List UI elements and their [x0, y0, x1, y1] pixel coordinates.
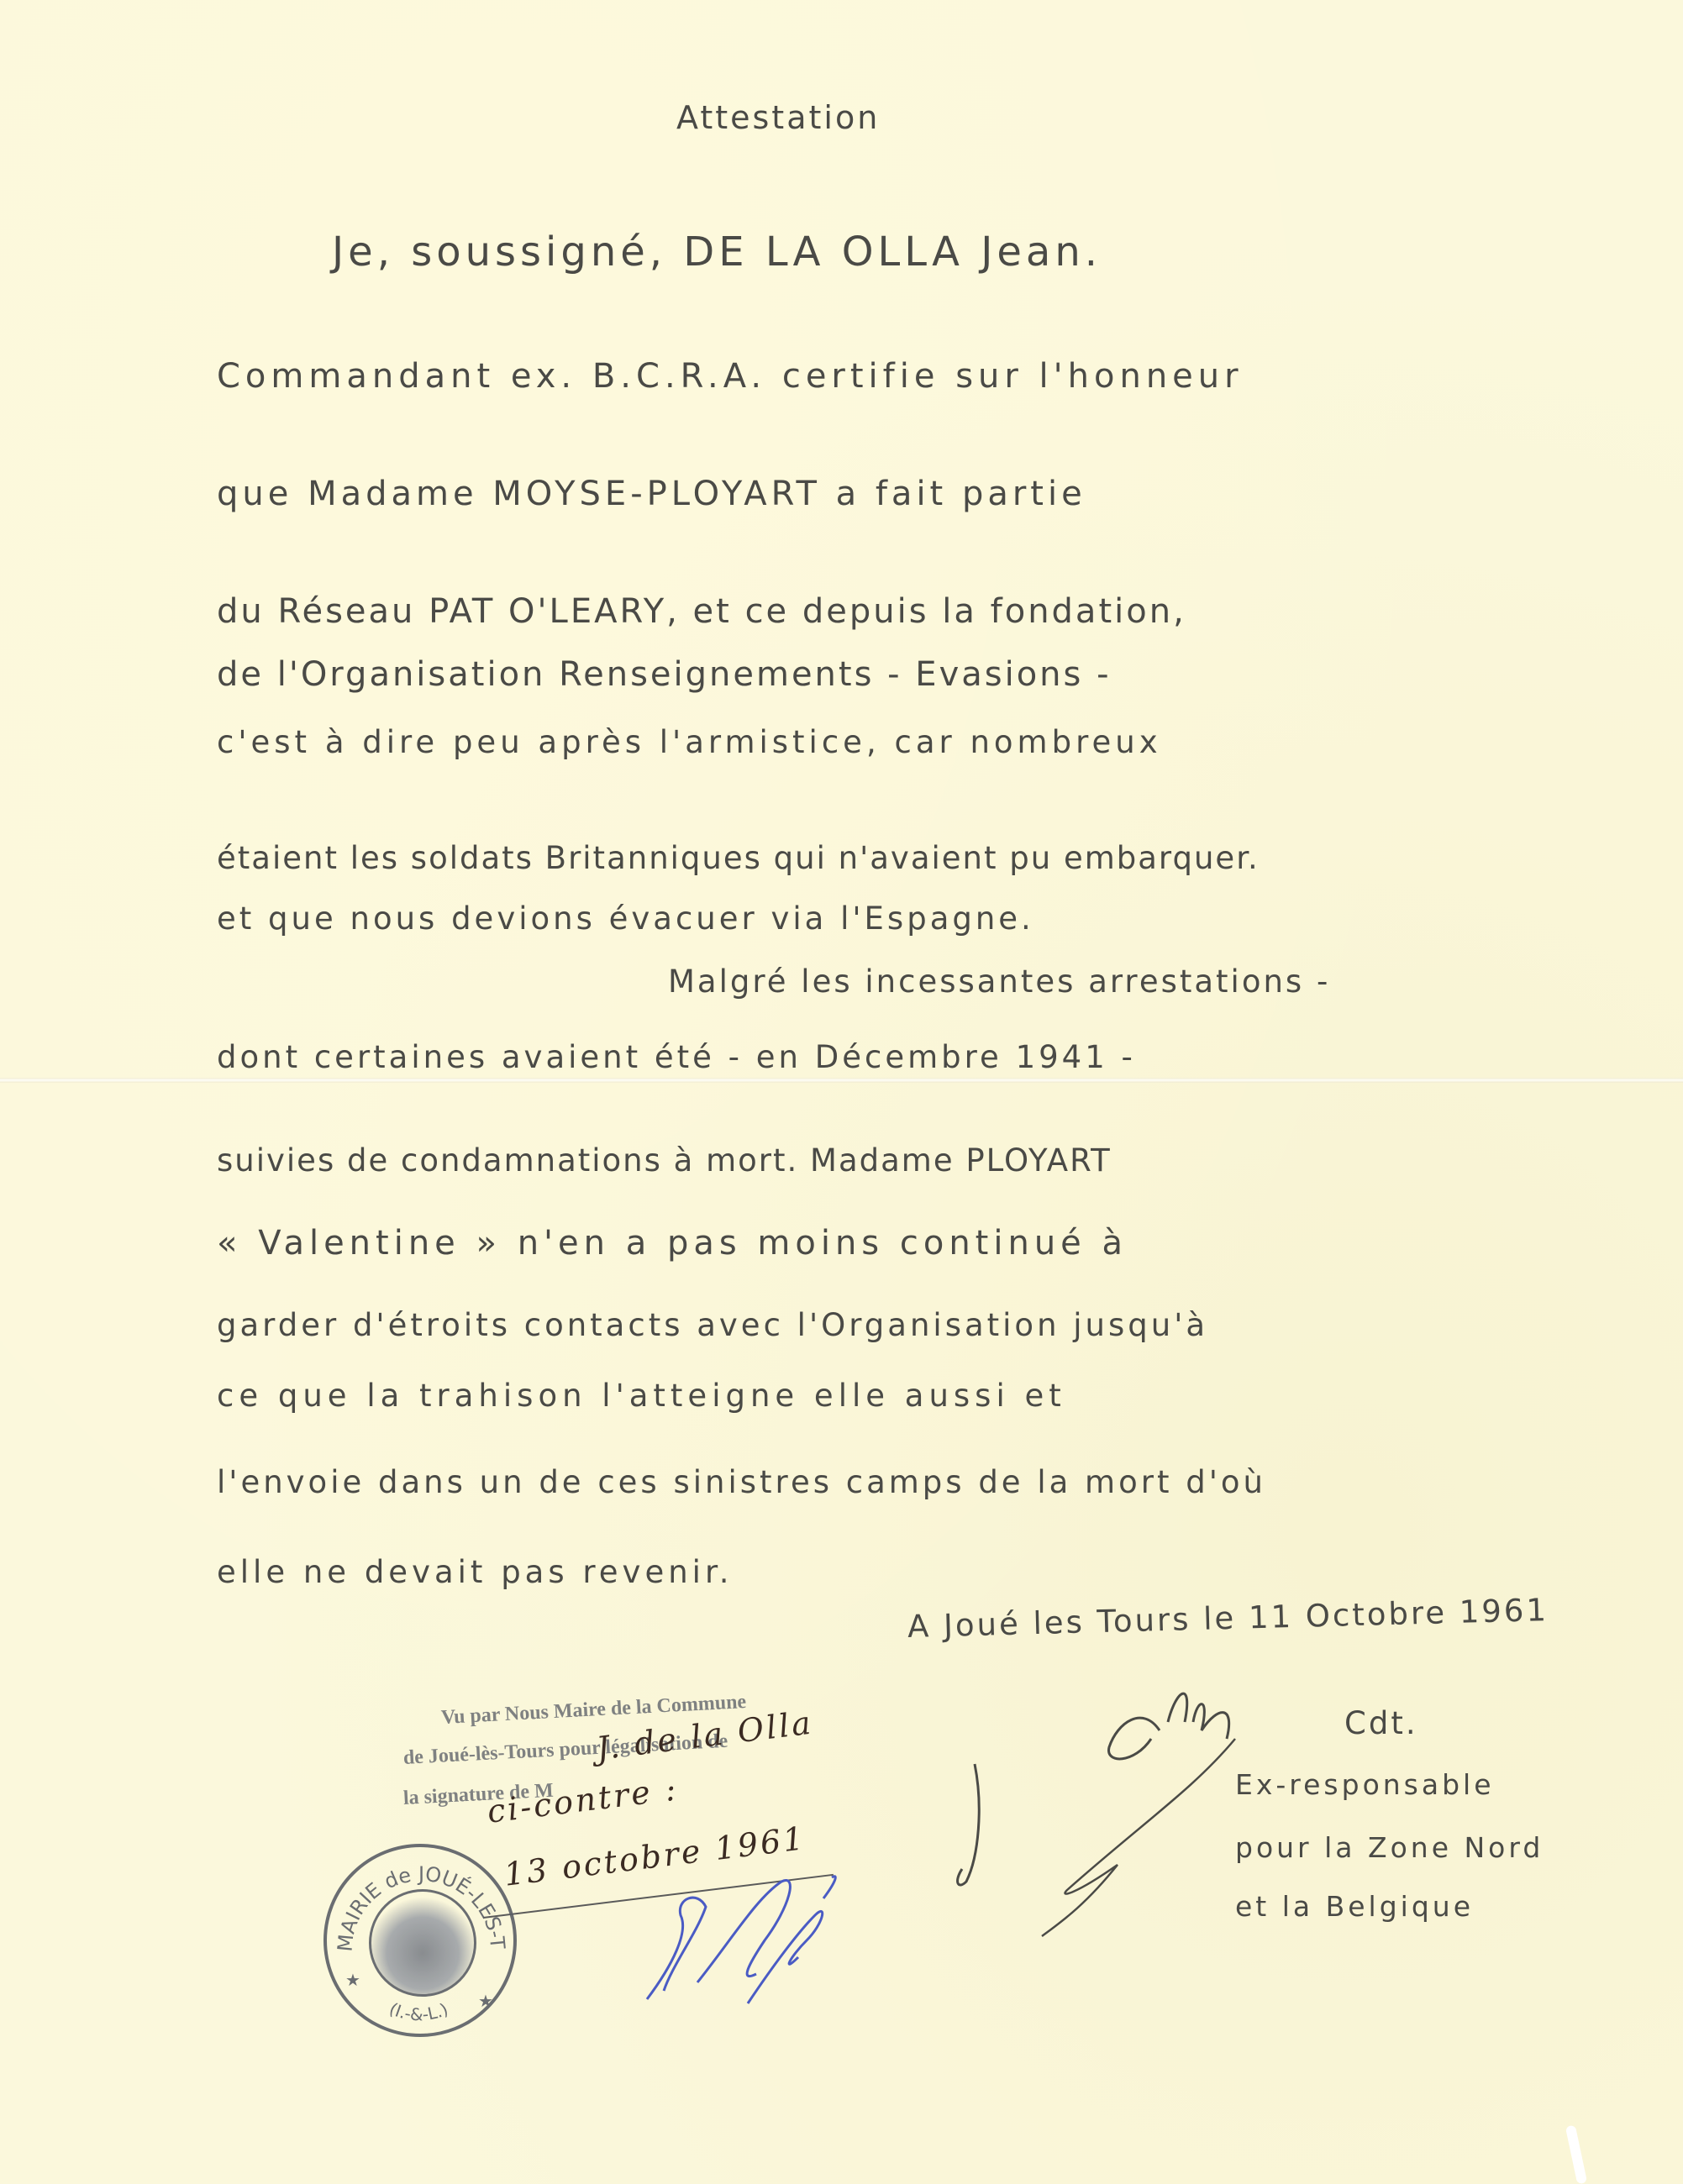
signature-role-line: et la Belgique	[1235, 1890, 1474, 1923]
paper-fold-crease	[0, 1078, 1683, 1083]
body-line: que Madame MOYSE-PLOYART a fait partie	[217, 475, 1086, 513]
body-line: suivies de condamnations à mort. Madame …	[217, 1142, 1112, 1179]
star-icon: ★	[345, 1970, 360, 1990]
body-line: « Valentine » n'en a pas moins continué …	[217, 1224, 1128, 1263]
town-hall-seal: MAIRIE de JOUÉ-LES-TOURS (I.-&-L.) ★ ★	[323, 1844, 517, 2037]
seal-emblem-icon	[369, 1889, 476, 1997]
body-line: dont certaines avaient été - en Décembre…	[217, 1039, 1136, 1075]
body-line: du Réseau PAT O'LEARY, et ce depuis la f…	[217, 592, 1186, 631]
body-line: elle ne devait pas revenir.	[217, 1554, 734, 1590]
body-line: Malgré les incessantes arrestations -	[668, 963, 1330, 1000]
signature-rank: Cdt.	[1344, 1705, 1418, 1741]
signature-role-line: pour la Zone Nord	[1235, 1831, 1544, 1864]
body-line: c'est à dire peu après l'armistice, car …	[217, 724, 1162, 760]
document-title: Attestation	[676, 99, 880, 136]
body-line: ce que la trahison l'atteigne elle aussi…	[217, 1378, 1066, 1414]
body-line: de l'Organisation Renseignements - Evasi…	[217, 655, 1112, 694]
signature-role-line: Ex-responsable	[1235, 1768, 1495, 1801]
svg-text:(I.-&-L.): (I.-&-L.)	[387, 1998, 451, 2024]
body-line: garder d'étroits contacts avec l'Organis…	[217, 1307, 1208, 1343]
body-line: étaient les soldats Britanniques qui n'a…	[217, 840, 1260, 876]
star-icon: ★	[478, 1991, 493, 2011]
body-line: l'envoie dans un de ces sinistres camps …	[217, 1464, 1266, 1500]
body-line: Commandant ex. B.C.R.A. certifie sur l'h…	[217, 357, 1244, 396]
body-line: et que nous devions évacuer via l'Espagn…	[217, 900, 1034, 937]
seal-subtext: (I.-&-L.)	[387, 1998, 451, 2024]
mayor-signature-icon	[639, 1865, 840, 2008]
body-line: Je, soussigné, DE LA OLLA Jean.	[332, 228, 1102, 276]
